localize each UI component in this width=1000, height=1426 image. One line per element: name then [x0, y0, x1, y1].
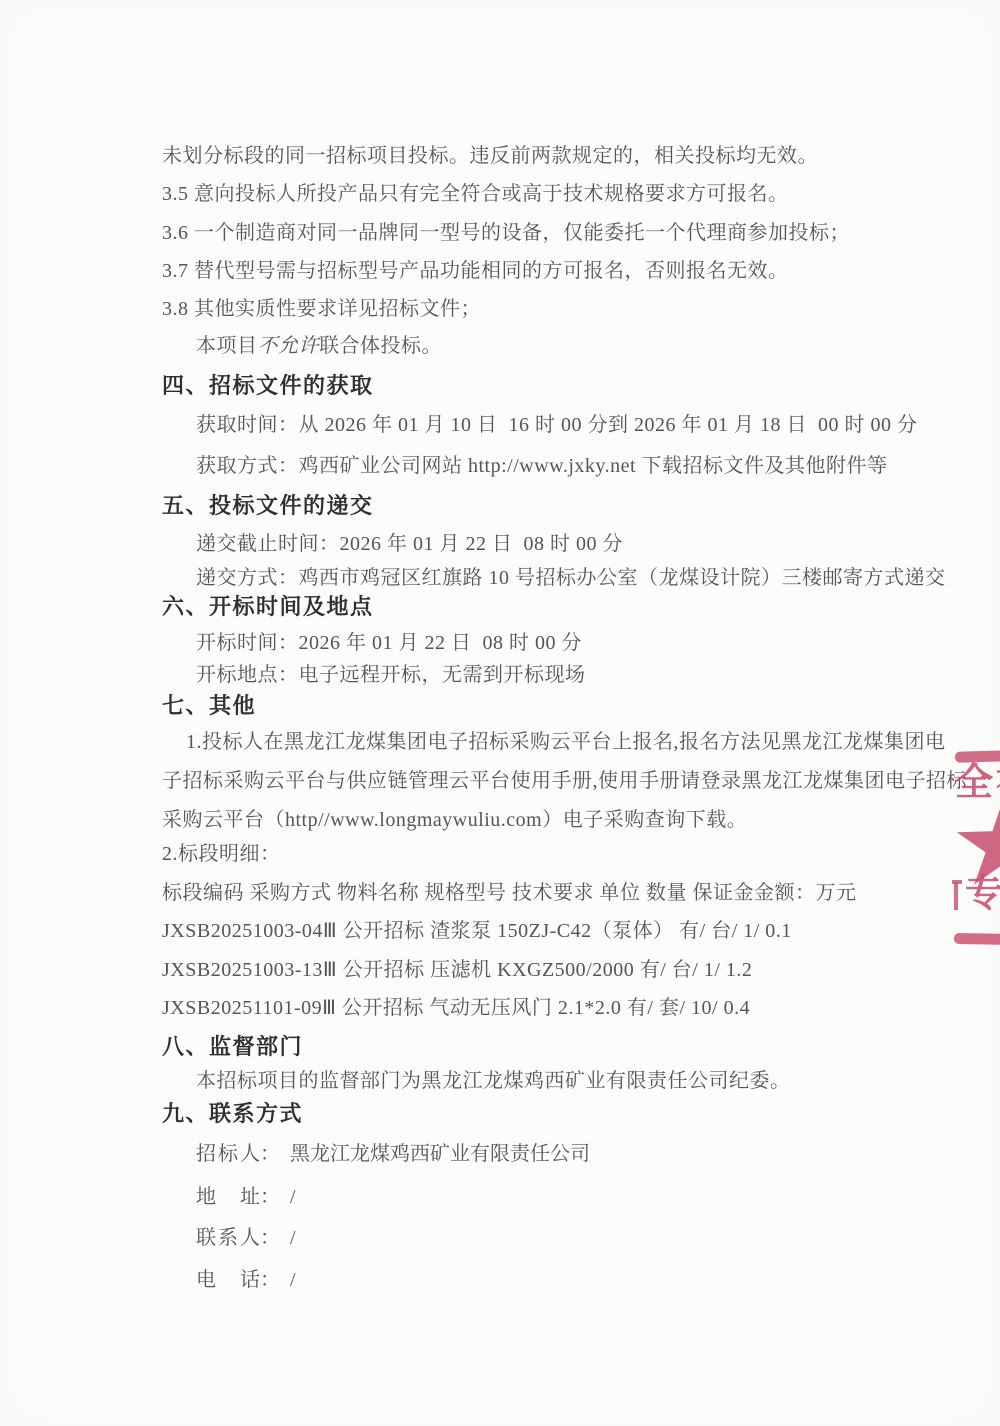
other-paragraph-line-2: 子招标采购云平台与供应链管理云平台使用手册,使用手册请登录黑龙江龙煤集团电子招标: [162, 769, 967, 793]
no-joint-emphasis: 不允许: [258, 335, 320, 357]
contact-row-phone: 电话：/: [196, 1263, 296, 1292]
section-5-title: 五、投标文件的递交: [162, 493, 374, 519]
contact-colon: ：: [260, 1263, 280, 1292]
clause-3-7: 3.7 替代型号需与招标型号产品功能相同的方可报名，否则报名无效。: [162, 259, 789, 283]
other-paragraph-line-1: 1.投标人在黑龙江龙煤集团电子招标采购云平台上报名,报名方法见黑龙江龙煤集团电: [186, 730, 946, 754]
other-paragraph-line-3: 采购云平台（http//www.longmaywuliu.com）电子采购查询下…: [162, 808, 747, 832]
contact-colon: ：: [260, 1221, 280, 1250]
contact-row-person: 联系人：/: [196, 1221, 296, 1250]
lot-detail-label: 2.标段明细：: [162, 842, 281, 866]
document-page: 未划分标段的同一招标项目投标。违反前两款规定的，相关投标均无效。 3.5 意向投…: [0, 0, 1000, 1426]
contact-colon: ：: [260, 1137, 280, 1166]
submit-method-line: 递交方式：鸡西市鸡冠区红旗路 10 号招标办公室（龙煤设计院）三楼邮寄方式递交: [196, 566, 946, 590]
contact-row-address: 地址：/: [196, 1180, 296, 1209]
contact-label: 招标人: [196, 1137, 260, 1166]
no-joint-suffix: 联合体投标。: [319, 335, 442, 357]
no-joint-venture-line: 本项目不允许联合体投标。: [196, 334, 442, 358]
lot-table-row: JXSB20251101-09Ⅲ 公开招标 气动无压风门 2.1*2.0 有/ …: [162, 996, 750, 1020]
open-time-line: 开标时间：2026 年 01 月 22 日 08 时 00 分: [196, 631, 582, 655]
contact-label: 电话: [196, 1263, 260, 1292]
contact-row-tenderer: 招标人：黑龙江龙煤鸡西矿业有限责任公司: [196, 1137, 590, 1166]
clause-3-6: 3.6 一个制造商对同一品牌同一型号的设备，仅能委托一个代理商参加投标；: [162, 221, 850, 245]
contact-value: /: [290, 1227, 296, 1250]
section-7-title: 七、其他: [162, 693, 256, 719]
clause-3-5: 3.5 意向投标人所投产品只有完全符合或高于技术规格要求方可报名。: [162, 182, 789, 206]
section-8-title: 八、监督部门: [162, 1034, 303, 1060]
intro-line-1: 未划分标段的同一招标项目投标。违反前两款规定的，相关投标均无效。: [162, 144, 818, 168]
stamp-text-top: 全礼: [955, 763, 1000, 803]
lot-table-header: 标段编码 采购方式 物料名称 规格型号 技术要求 单位 数量 保证金金额：万元: [162, 881, 857, 905]
clause-3-8: 3.8 其他实质性要求详见招标文件；: [162, 297, 481, 321]
contact-colon: ：: [260, 1180, 280, 1209]
stamp-text-bottom: 专用: [965, 874, 1000, 914]
obtain-time-line: 获取时间：从 2026 年 01 月 10 日 16 时 00 分到 2026 …: [196, 413, 918, 437]
open-place-line: 开标地点：电子远程开标，无需到开标现场: [196, 663, 586, 687]
section-6-title: 六、开标时间及地点: [162, 594, 374, 620]
contact-value: /: [290, 1186, 296, 1209]
no-joint-prefix: 本项目: [196, 335, 258, 357]
stamp-border-bottom: [954, 933, 1000, 946]
contact-value: 黑龙江龙煤鸡西矿业有限责任公司: [290, 1137, 590, 1166]
lot-table-row: JXSB20251003-13Ⅲ 公开招标 压滤机 KXGZ500/2000 有…: [162, 958, 752, 982]
red-stamp: 全礼 专用: [952, 744, 1000, 956]
lot-table-row: JXSB20251003-04Ⅲ 公开招标 渣浆泵 150ZJ-C42（泵体） …: [162, 919, 792, 943]
stamp-border-top: [955, 748, 1000, 762]
stamp-character-fragment: [954, 882, 958, 910]
contact-label: 地址: [196, 1180, 260, 1209]
contact-label: 联系人: [196, 1221, 260, 1250]
obtain-method-line: 获取方式：鸡西矿业公司网站 http://www.jxky.net 下载招标文件…: [196, 454, 888, 478]
section-4-title: 四、招标文件的获取: [162, 373, 374, 399]
submit-deadline-line: 递交截止时间：2026 年 01 月 22 日 08 时 00 分: [196, 532, 623, 556]
supervision-line: 本招标项目的监督部门为黑龙江龙煤鸡西矿业有限责任公司纪委。: [196, 1069, 791, 1093]
stamp-character-fragment: [952, 880, 962, 884]
contact-value: /: [290, 1269, 296, 1292]
section-9-title: 九、联系方式: [162, 1101, 303, 1127]
